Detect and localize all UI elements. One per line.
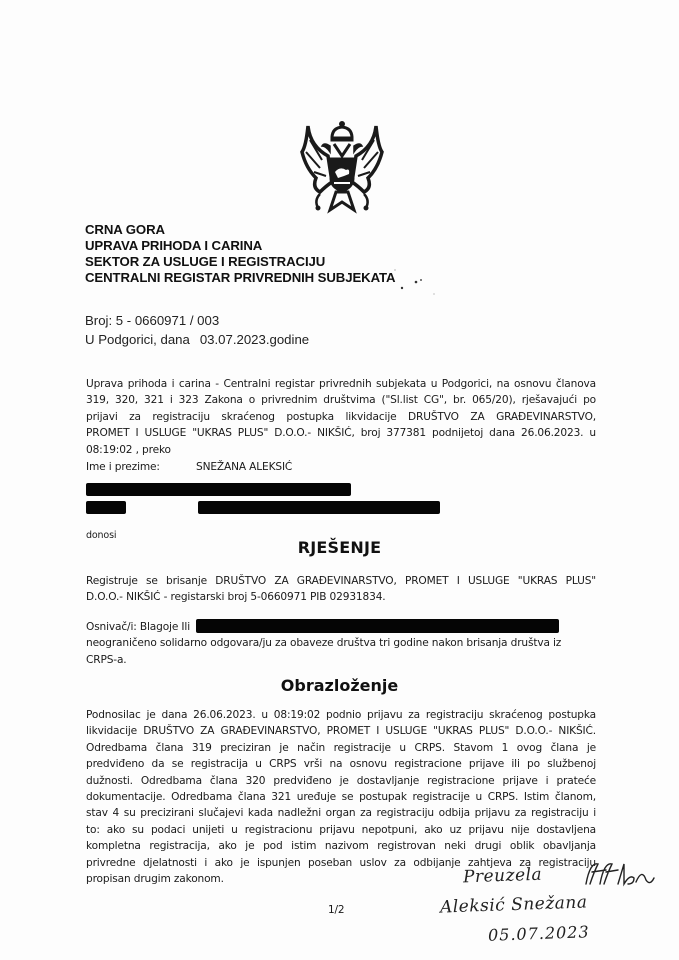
decision-title: RJEŠENJE — [0, 538, 679, 557]
intro-line: prijavi za registraciju skraćenog postup… — [86, 409, 596, 425]
applicant-row: Ime i prezime:SNEŽANA ALEKSIĆ — [86, 461, 292, 473]
founders-line: CRPS-a. — [86, 652, 596, 668]
header-authority: UPRAVA PRIHODA I CARINA — [85, 238, 395, 254]
reasoning-line: dokumentacije. Odredbama člana 321 uređu… — [86, 789, 596, 805]
intro-line: 08:19:02 , preko — [86, 442, 596, 458]
handwritten-date: 05.07.2023 — [488, 922, 590, 945]
reasoning-line: predviđeno da se registracija u CRPS vrš… — [86, 756, 596, 772]
document-number: Broj: 5 - 0660971 / 003 — [85, 311, 309, 330]
signature-icon — [580, 858, 658, 888]
redaction-bar — [198, 501, 440, 514]
reasoning-line: stav 4 su precizirani slučajevi kada nad… — [86, 805, 596, 821]
issuer-header: CRNA GORA UPRAVA PRIHODA I CARINA SEKTOR… — [85, 222, 395, 286]
issue-date: 03.07.2023.godine — [200, 332, 309, 347]
intro-paragraph: Uprava prihoda i carina - Centralni regi… — [86, 376, 596, 458]
redaction-bar — [86, 501, 126, 514]
decision-paragraph: Registruje se brisanje DRUŠTVO ZA GRAĐEV… — [86, 573, 596, 606]
decision-line: Registruje se brisanje DRUŠTVO ZA GRAĐEV… — [86, 573, 596, 589]
handwritten-received: Preuzela — [463, 865, 543, 888]
document-meta: Broj: 5 - 0660971 / 003 U Podgorici, dan… — [85, 311, 309, 349]
founders-line: neograničeno solidarno odgovara/ju za ob… — [86, 635, 596, 651]
handwritten-name: Aleksić Snežana — [440, 892, 588, 917]
coat-of-arms-icon — [296, 116, 388, 216]
reasoning-line: to: ako su podaci unijeti u registracion… — [86, 822, 596, 838]
reasoning-paragraph: Podnosilac je dana 26.06.2023. u 08:19:0… — [86, 707, 596, 887]
scan-specks — [390, 260, 450, 300]
applicant-label: Ime i prezime: — [86, 461, 196, 473]
redaction-bar — [196, 619, 559, 633]
document-page: CRNA GORA UPRAVA PRIHODA I CARINA SEKTOR… — [0, 0, 679, 960]
document-place-date: U Podgorici, dana03.07.2023.godine — [85, 330, 309, 349]
intro-line: PROMET I USLUGE "UKRAS PLUS" D.O.O.- NIK… — [86, 425, 596, 441]
header-sector: SEKTOR ZA USLUGE I REGISTRACIJU — [85, 254, 395, 270]
reasoning-line: dužnosti. Odredbama člana 320 predviđeno… — [86, 773, 596, 789]
reasoning-title: Obrazloženje — [0, 676, 679, 695]
reasoning-line: likvidacije DRUŠTVO ZA GRAĐEVINARSTVO, P… — [86, 723, 596, 739]
place-label: U Podgorici, dana — [85, 332, 190, 347]
header-country: CRNA GORA — [85, 222, 395, 238]
redaction-bar — [86, 483, 351, 496]
page-number: 1/2 — [328, 904, 344, 916]
intro-line: Uprava prihoda i carina - Centralni regi… — [86, 376, 596, 392]
applicant-name: SNEŽANA ALEKSIĆ — [196, 461, 292, 473]
intro-line: 319, 320, 321 i 323 Zakona o privrednim … — [86, 392, 596, 408]
reasoning-line: Odredbama člana 319 preciziran je način … — [86, 740, 596, 756]
reasoning-line: Podnosilac je dana 26.06.2023. u 08:19:0… — [86, 707, 596, 723]
header-registry: CENTRALNI REGISTAR PRIVREDNIH SUBJEKATA — [85, 270, 395, 286]
reasoning-line: kompletna registracija, ako je pod istim… — [86, 838, 596, 854]
decision-line: D.O.O.- NIKŠIĆ - registarski broj 5-0660… — [86, 589, 596, 605]
